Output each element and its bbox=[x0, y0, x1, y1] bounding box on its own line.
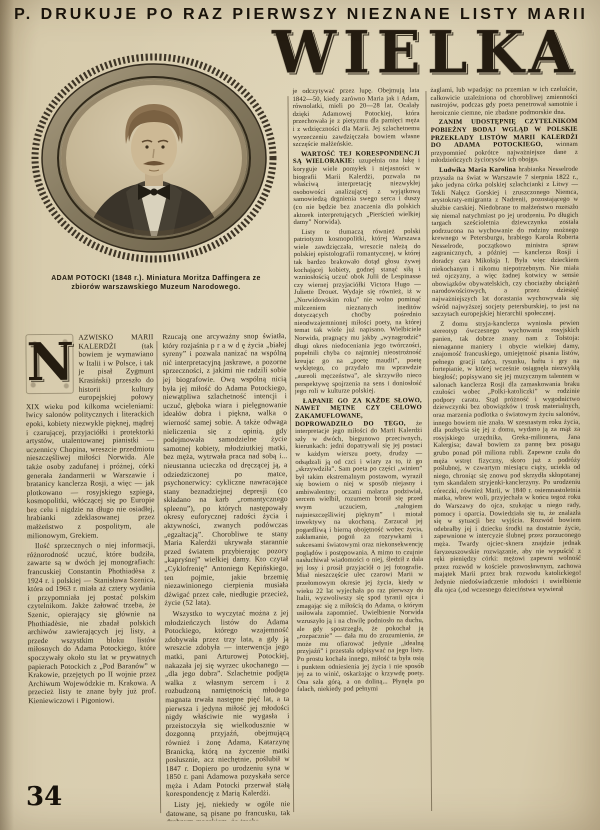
paragraph: Ilość sprzecznych o niej informacji, róż… bbox=[27, 541, 156, 705]
paragraph: ZANIM UDOSTĘPNIĘ CZYTELNIKOM POBIEŻNY BO… bbox=[431, 118, 578, 165]
paragraph: ŁAPANIE GO ZA KAŻDE SŁOWO, NAWET MĘTNE C… bbox=[295, 397, 424, 694]
column-3-paragraphs: je odczytywać przez lupę. Obejmują lata … bbox=[292, 87, 424, 694]
paragraph: Rzucają one arcyważny snop światła, któr… bbox=[162, 332, 288, 608]
magazine-page: P. DRUKUJE PO RAZ PIERWSZY NIEZNANE LIST… bbox=[0, 0, 600, 830]
paragraph: Z domu stryja-kanclerza wyniosła pewien … bbox=[432, 320, 581, 595]
text-column-2: Rzucają one arcyważny snop światła, któr… bbox=[162, 332, 290, 821]
paragraph: je odczytywać przez lupę. Obejmują lata … bbox=[292, 87, 419, 149]
column-divider bbox=[156, 341, 161, 813]
column-4-paragraphs: żaglami, lub wpadając na przemian w ich … bbox=[430, 86, 581, 594]
text-column-4: żaglami, lub wpadając na przemian w ich … bbox=[430, 86, 583, 819]
drop-cap-initial: N bbox=[25, 334, 73, 394]
text-column-3: je odczytywać przez lupę. Obejmują lata … bbox=[292, 87, 425, 820]
paragraph: żaglami, lub wpadając na przemian w ich … bbox=[430, 86, 577, 118]
text-column-1: N AZWISKO MARII KALERDŻI (tak bowiem je … bbox=[25, 333, 157, 822]
article-body: N AZWISKO MARII KALERDŻI (tak bowiem je … bbox=[0, 0, 600, 830]
page-number: 34 bbox=[26, 782, 62, 812]
paragraph: Listy te tłumaczą również polski patriot… bbox=[294, 228, 422, 396]
paragraph: WARTOŚĆ TEJ KORESPONDENCJI SĄ WIELORAKIE… bbox=[293, 150, 421, 227]
column-2-paragraphs: Rzucają one arcyważny snop światła, któr… bbox=[162, 332, 290, 821]
paragraph: Wszystko to wyczytać można z jej młodzie… bbox=[165, 609, 290, 799]
paragraph: Ludwika Maria Karolina hrabianka Nesselr… bbox=[431, 166, 579, 319]
paragraph: Listy jej, niekiedy w ogóle nie datowane… bbox=[166, 800, 290, 821]
